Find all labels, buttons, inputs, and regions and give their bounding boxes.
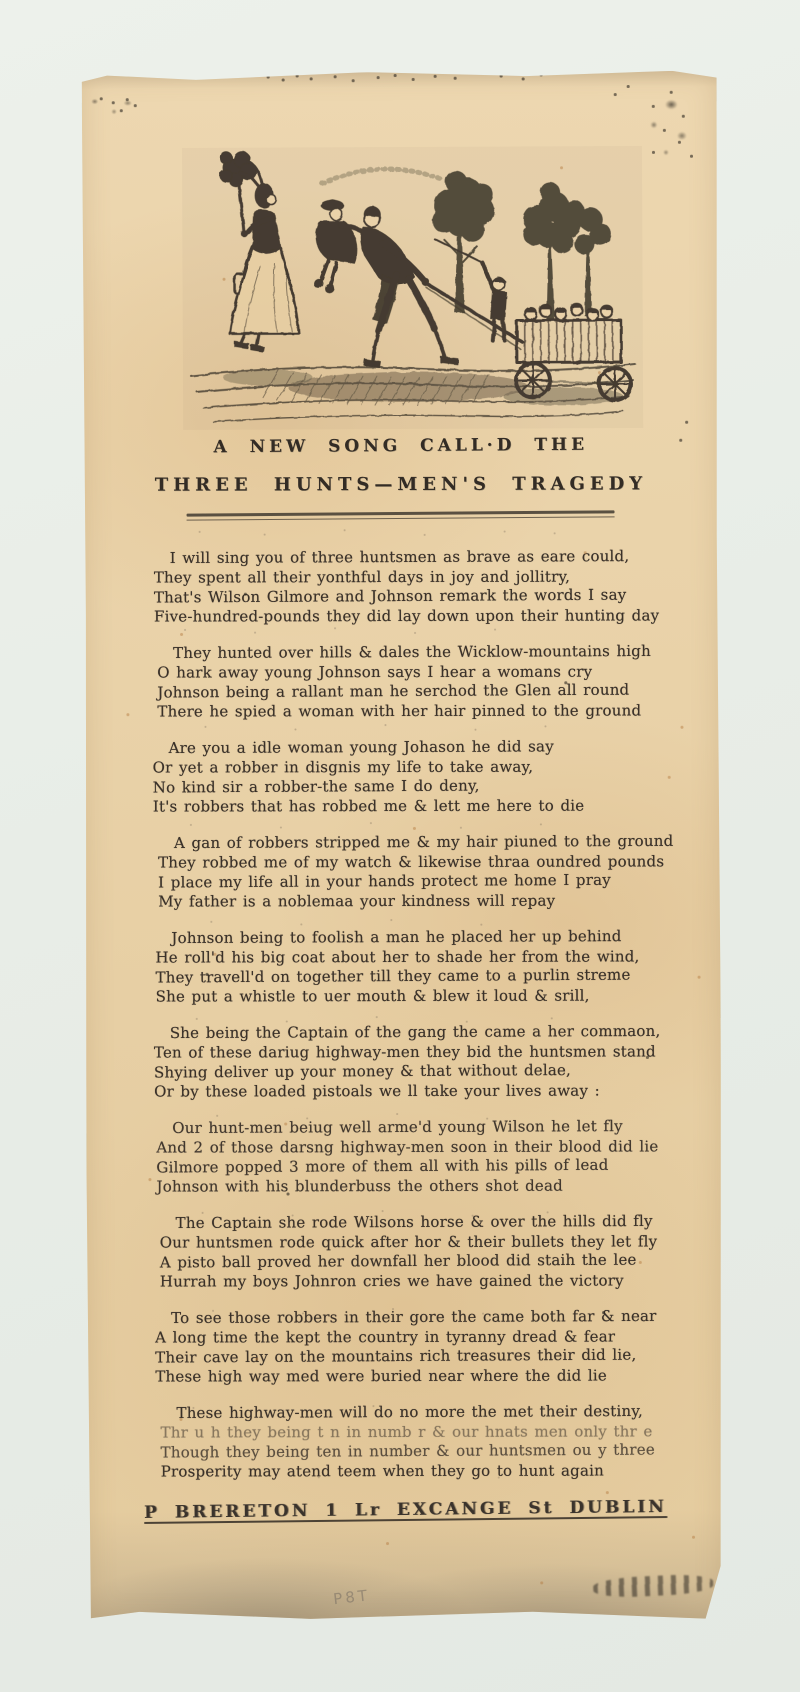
verse-line: Five-hundred-pounds they did lay down up… xyxy=(154,606,659,627)
verse-line: It's robbers that has robbed me & lett m… xyxy=(153,796,660,817)
verse-line: They travell'd on together till they cam… xyxy=(156,965,661,988)
verse-line: And 2 of those darsng highway-men soon i… xyxy=(156,1137,661,1158)
ink-smudge-bottom-right xyxy=(593,1573,714,1599)
woodcut-illustration xyxy=(182,134,643,436)
verse-line: Our hunt-men beiug well arme'd young Wil… xyxy=(156,1117,661,1139)
stanza-10: These highway-men will do no more the me… xyxy=(160,1402,662,1482)
scan-backdrop: A NEW SONG CALL·D THE THREE HUNTS—MEN'S … xyxy=(0,0,800,1692)
stanza-9: To see those robbers in their gore the c… xyxy=(155,1307,662,1387)
verse-line: O hark away young Johnson says I hear a … xyxy=(157,662,659,683)
ink-specks xyxy=(82,73,85,76)
verse-line: She put a whistle to uer mouth & blew it… xyxy=(156,986,661,1007)
verse-line: Johnson being to foolish a man he placed… xyxy=(155,927,660,949)
verse-line: Johnson being a rallant man he serchod t… xyxy=(157,680,659,703)
verse-line: Hurrah my boys Johnron cries we have gai… xyxy=(160,1271,662,1292)
verse-line: Shying deliver up your money & that with… xyxy=(154,1060,661,1083)
setoff-ghost-specks xyxy=(82,73,84,75)
stanza-1: I will sing you of three huntsmen as bra… xyxy=(154,547,659,627)
verse-line: Johnson with his blunderbuss the others … xyxy=(156,1176,661,1197)
verse-line: These highway-men will do no more the me… xyxy=(160,1402,662,1424)
verse-line: They robbed me of my watch & likewise th… xyxy=(158,852,660,873)
stanza-5: Johnson being to foolish a man he placed… xyxy=(155,927,660,1007)
verse-line: Prosperity may atend teem when they go t… xyxy=(161,1461,663,1482)
stanza-4: A gan of robbers stripped me & my hair p… xyxy=(158,832,660,912)
ballad-verses: I will sing you of three huntsmen as bra… xyxy=(154,547,663,1499)
verse-line: I place my life all in your hands protec… xyxy=(158,870,660,893)
verse-line: Ten of these dariug highway-men they bid… xyxy=(154,1042,661,1063)
verse-line: I will sing you of three huntsmen as bra… xyxy=(154,547,659,569)
stanza-6: She being the Captain of the gang the ca… xyxy=(154,1022,661,1102)
ink-blotch-top-right xyxy=(622,79,702,171)
verse-line: There he spied a woman with her hair pin… xyxy=(157,701,659,722)
verse-line: Our huntsmen rode quick after hor & thei… xyxy=(160,1232,662,1253)
song-title-line1: A NEW SONG CALL·D THE xyxy=(83,434,718,458)
verse-line: Thr u h they being t n in numb r & our h… xyxy=(161,1422,663,1443)
verse-line: A gan of robbers stripped me & my hair p… xyxy=(158,832,660,854)
foxing-spots xyxy=(82,73,85,76)
verse-line: These high way med were buried near wher… xyxy=(155,1366,662,1387)
verse-line: He roll'd his big coat about her to shad… xyxy=(155,947,660,968)
verse-line: A pisto ball proved her downfall her blo… xyxy=(160,1250,662,1273)
verse-line: She being the Captain of the gang the ca… xyxy=(154,1022,661,1044)
verse-line: Gilmore popped 3 more of them all with h… xyxy=(156,1155,661,1178)
verse-line: Or by these loaded pistoals we ll take y… xyxy=(154,1081,661,1102)
verse-line: The Captain she rode Wilsons horse & ove… xyxy=(160,1212,662,1234)
stanza-3: Are you a idle woman young Johason he di… xyxy=(153,737,660,817)
broadside-sheet: A NEW SONG CALL·D THE THREE HUNTS—MEN'S … xyxy=(82,71,724,1622)
stanza-7: Our hunt-men beiug well arme'd young Wil… xyxy=(156,1117,661,1197)
song-title-line2: THREE HUNTS—MEN'S TRAGEDY xyxy=(83,473,718,496)
rule-thin-line xyxy=(187,516,615,521)
verse-line: To see those robbers in their gore the c… xyxy=(155,1307,662,1329)
stanza-8: The Captain she rode Wilsons horse & ove… xyxy=(160,1212,662,1292)
verse-line: Are you a idle woman young Johason he di… xyxy=(153,737,660,759)
ink-smudge-left-edge xyxy=(84,91,139,125)
verse-line: Though they being ten in number & our hu… xyxy=(161,1440,663,1463)
stanza-2: They hunted over hills & dales the Wickl… xyxy=(157,642,659,722)
verse-line: No kind sir a robber-the same I do deny, xyxy=(153,775,660,798)
verse-line: They spent all their yonthful days in jo… xyxy=(154,567,659,588)
verse-line: Or yet a robber in disgnis my life to ta… xyxy=(153,757,660,778)
verse-line: They hunted over hills & dales the Wickl… xyxy=(157,642,659,664)
verse-line: That's Wilson Gilmore and Johnson remark… xyxy=(154,585,659,608)
printer-imprint: P BRERETON 1 Lr EXCANGE St DUBLIN xyxy=(88,1496,723,1523)
verse-line: A long time the kept the country in tyra… xyxy=(155,1327,662,1348)
title-divider-rule xyxy=(187,510,615,520)
verse-line: Their cave lay on the mountains rich tre… xyxy=(155,1345,662,1368)
verse-line: My father is a noblemaa your kindness wi… xyxy=(158,891,660,912)
pencil-mark: P8T xyxy=(332,1586,371,1608)
